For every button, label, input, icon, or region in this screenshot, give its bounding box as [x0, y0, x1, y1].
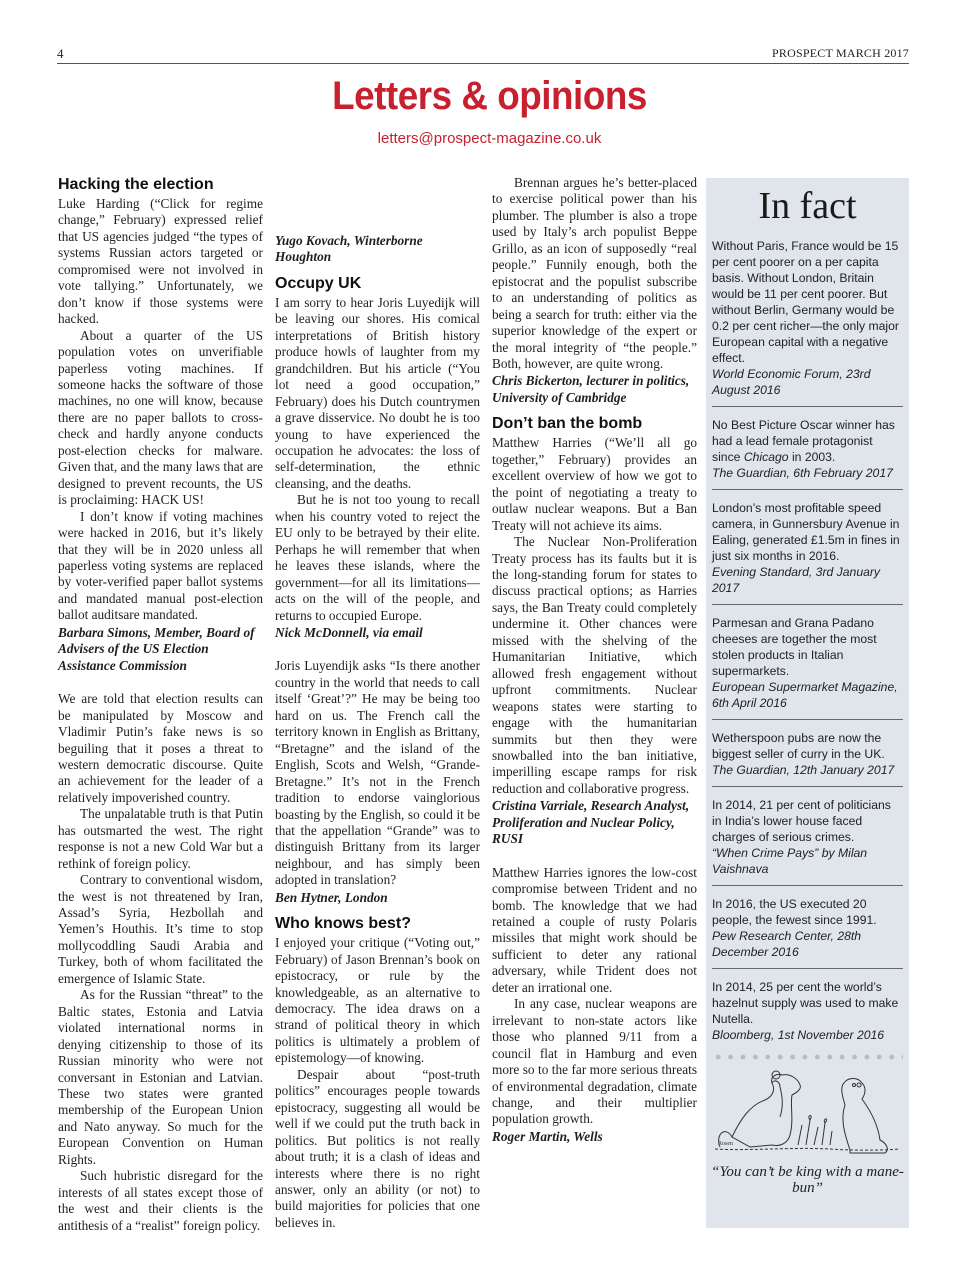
letter-heading-bomb: Don’t ban the bomb: [492, 414, 697, 434]
page-title: Letters & opinions: [39, 74, 940, 119]
fact-text: In 2014, 25 per cent the world’s hazelnu…: [712, 980, 898, 1026]
letter-signature: Nick McDonnell, via email: [275, 625, 480, 641]
dotted-divider: [712, 1053, 903, 1061]
letter-paragraph: Matthew Harries ignores the low-cost com…: [492, 865, 697, 997]
letter-heading-hacking: Hacking the election: [58, 175, 263, 195]
fact-text: In 2016, the US executed 20 people, the …: [712, 897, 877, 927]
fact-item: Without Paris, France would be 15 per ce…: [712, 238, 903, 407]
letter-paragraph: I enjoyed your critique (“Voting out,” F…: [275, 935, 480, 1067]
fact-item: Wetherspoon pubs are now the biggest sel…: [712, 730, 903, 787]
letter-paragraph: But he is not too young to recall when h…: [275, 492, 480, 624]
fact-item: In 2014, 21 per cent of politicians in I…: [712, 797, 903, 886]
fact-text: Wetherspoon pubs are now the biggest sel…: [712, 731, 885, 761]
fact-item: No Best Picture Oscar winner has had a l…: [712, 417, 903, 490]
fact-source: Bloomberg, 1st November 2016: [712, 1028, 884, 1042]
fact-item: In 2014, 25 per cent the world’s hazelnu…: [712, 979, 903, 1051]
spacer: [275, 906, 480, 914]
letter-paragraph: Luke Harding (“Click for regime change,”…: [58, 196, 263, 328]
fact-source: The Guardian, 12th January 2017: [712, 763, 894, 777]
letter-paragraph: About a quarter of the US population vot…: [58, 328, 263, 509]
page-number: 4: [57, 46, 64, 62]
letter-paragraph: In any case, nuclear weapons are irrelev…: [492, 996, 697, 1128]
letter-signature: Yugo Kovach, Winterborne Houghton: [275, 233, 480, 266]
letter-paragraph: Matthew Harries (“We’ll all go together,…: [492, 435, 697, 534]
cartoonist-signature: Rosen: [718, 1141, 733, 1147]
spacer: [492, 406, 697, 414]
letter-signature: Barbara Simons, Member, Board of Adviser…: [58, 625, 263, 674]
fact-source: Pew Research Center, 28th December 2016: [712, 929, 861, 959]
fact-text: in 2003.: [789, 450, 836, 464]
fact-text: Without Paris, France would be 15 per ce…: [712, 239, 899, 365]
fact-text-emphasis: Chicago: [744, 450, 789, 464]
letter-signature: Chris Bickerton, lecturer in politics, U…: [492, 373, 697, 406]
fact-source: Evening Standard, 3rd January 2017: [712, 565, 880, 595]
letter-heading-who-knows: Who knows best?: [275, 914, 480, 934]
letter-paragraph: Contrary to conventional wisdom, the wes…: [58, 872, 263, 987]
fact-text: Parmesan and Grana Padano cheeses are to…: [712, 616, 877, 678]
letter-paragraph: Brennan argues he’s better-placed to exe…: [492, 175, 697, 372]
fact-item: In 2016, the US executed 20 people, the …: [712, 896, 903, 969]
letter-paragraph: Such hubristic disregard for the interes…: [58, 1168, 263, 1234]
letter-heading-occupy: Occupy UK: [275, 274, 480, 294]
letter-paragraph: We are told that election results can be…: [58, 691, 263, 806]
spacer: [58, 674, 263, 691]
letter-paragraph: The Nuclear Non-Proliferation Treaty pro…: [492, 534, 697, 797]
publication-date: PROSPECT MARCH 2017: [772, 46, 909, 61]
letter-paragraph: As for the Russian “threat” to the Balti…: [58, 987, 263, 1168]
fact-source: “When Crime Pays” by Milan Vaishnava: [712, 846, 867, 876]
lions-cartoon-illustration: Rosen: [710, 1065, 905, 1160]
letter-signature: Cristina Varriale, Research Analyst, Pro…: [492, 798, 697, 847]
fact-text: London’s most profitable speed camera, i…: [712, 501, 900, 563]
cartoon-caption: “You can’t be king with a mane-bun”: [706, 1164, 909, 1196]
spacer: [275, 266, 480, 274]
letter-paragraph: I am sorry to hear Joris Luyedijk will b…: [275, 295, 480, 492]
spacer: [275, 641, 480, 658]
fact-source: The Guardian, 6th February 2017: [712, 466, 893, 480]
letter-paragraph: Joris Luyendijk asks “Is there another c…: [275, 658, 480, 888]
column-1: Hacking the election Luke Harding (“Clic…: [58, 175, 263, 1234]
letter-signature: Ben Hytner, London: [275, 890, 480, 906]
in-fact-sidebar: In fact Without Paris, France would be 1…: [706, 178, 909, 1228]
fact-source: European Supermarket Magazine, 6th April…: [712, 680, 898, 710]
letter-paragraph: I don’t know if voting machines were hac…: [58, 509, 263, 624]
fact-source: World Economic Forum, 23rd August 2016: [712, 367, 871, 397]
fact-item: London’s most profitable speed camera, i…: [712, 500, 903, 605]
letter-signature: Roger Martin, Wells: [492, 1129, 697, 1145]
letter-paragraph: Despair about “post-truth politics” enco…: [275, 1067, 480, 1232]
header-rule: [57, 63, 909, 64]
letter-paragraph: The unpalatable truth is that Putin has …: [58, 806, 263, 872]
fact-item: Parmesan and Grana Padano cheeses are to…: [712, 615, 903, 720]
letters-email-link[interactable]: letters@prospect-magazine.co.uk: [0, 130, 979, 147]
fact-text: In 2014, 21 per cent of politicians in I…: [712, 798, 891, 844]
spacer: [492, 848, 697, 865]
column-3: Brennan argues he’s better-placed to exe…: [492, 175, 697, 1145]
column-2: Yugo Kovach, Winterborne Houghton Occupy…: [275, 175, 480, 1231]
in-fact-title: In fact: [706, 184, 909, 228]
